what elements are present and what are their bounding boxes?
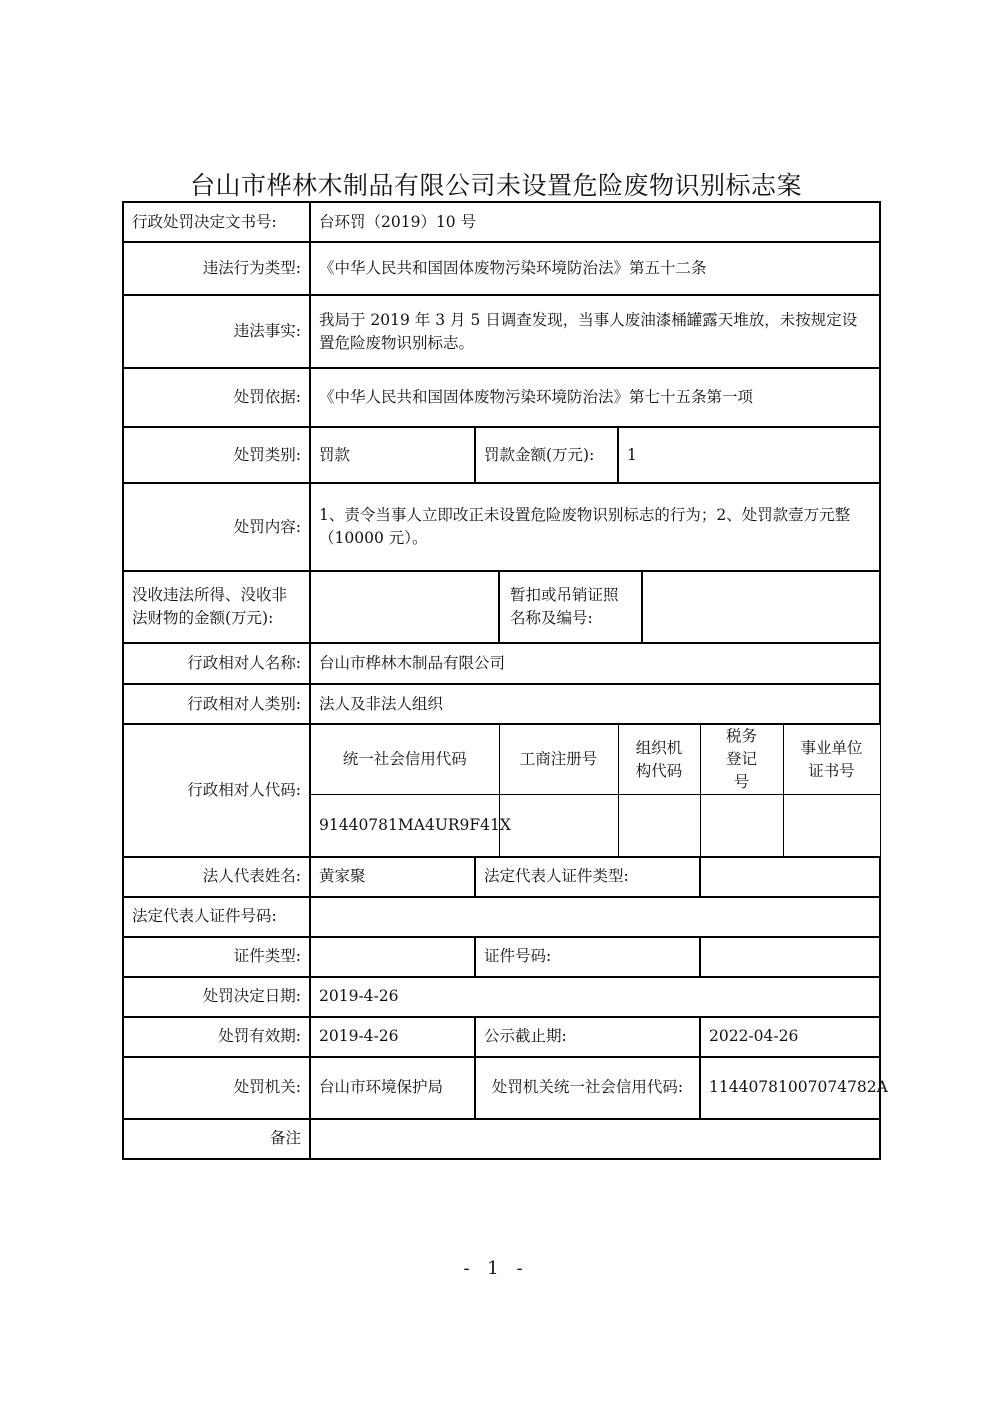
violation-facts-value: 我局于 2019 年 3 月 5 日调查发现，当事人废油漆桶罐露天堆放，未按规定… <box>310 295 880 368</box>
authority-value: 台山市环境保护局 <box>310 1057 475 1119</box>
code-header-tax-reg: 税务登记号 <box>700 724 783 795</box>
license-value <box>642 571 880 643</box>
penalty-table: 行政处罚决定文书号: 台环罚（2019）10 号 违法行为类型: 《中华人民共和… <box>122 201 881 1160</box>
code-header-uscc: 统一社会信用代码 <box>310 724 499 795</box>
row-penalty-content: 处罚内容: 1、责令当事人立即改正未设置危险废物识别标志的行为；2、处罚款壹万元… <box>123 483 880 571</box>
authority-code-value: 11440781007074782A <box>700 1057 880 1119</box>
party-type-label: 行政相对人类别: <box>123 684 310 724</box>
validity-value: 2019-4-26 <box>310 1017 475 1057</box>
license-label: 暂扣或吊销证照名称及编号: <box>499 571 642 643</box>
legal-rep-label: 法人代表姓名: <box>123 857 310 897</box>
penalty-basis-label: 处罚依据: <box>123 368 310 427</box>
row-decision-no: 行政处罚决定文书号: 台环罚（2019）10 号 <box>123 202 880 242</box>
legal-rep-id-type-label: 法定代表人证件类型: <box>475 857 700 897</box>
decision-date-label: 处罚决定日期: <box>123 977 310 1017</box>
cert-no-value <box>700 937 880 977</box>
cert-type-value <box>310 937 475 977</box>
row-penalty-category: 处罚类别: 罚款 罚款金额(万元): 1 <box>123 427 880 483</box>
code-value-tax-reg <box>700 795 783 857</box>
cert-type-label: 证件类型: <box>123 937 310 977</box>
decision-no-label: 行政处罚决定文书号: <box>123 202 310 242</box>
legal-rep-id-type-value <box>700 857 880 897</box>
row-authority: 处罚机关: 台山市环境保护局 处罚机关统一社会信用代码: 11440781007… <box>123 1057 880 1119</box>
code-value-uscc: 91440781MA4UR9F41X <box>310 795 499 857</box>
code-header-org-code: 组织机构代码 <box>618 724 700 795</box>
deadline-value: 2022-04-26 <box>700 1017 880 1057</box>
remarks-label: 备注 <box>123 1119 310 1159</box>
violation-type-label: 违法行为类型: <box>123 242 310 295</box>
code-value-org-code <box>618 795 700 857</box>
authority-label: 处罚机关: <box>123 1057 310 1119</box>
penalty-category-value: 罚款 <box>310 427 475 483</box>
row-legal-rep: 法人代表姓名: 黄家聚 法定代表人证件类型: <box>123 857 880 897</box>
validity-label: 处罚有效期: <box>123 1017 310 1057</box>
legal-rep-id-value <box>310 897 880 937</box>
deadline-label: 公示截止期: <box>475 1017 700 1057</box>
row-party-name: 行政相对人名称: 台山市桦林木制品有限公司 <box>123 643 880 684</box>
row-penalty-basis: 处罚依据: 《中华人民共和国固体废物污染环境防治法》第七十五条第一项 <box>123 368 880 427</box>
row-validity: 处罚有效期: 2019-4-26 公示截止期: 2022-04-26 <box>123 1017 880 1057</box>
party-name-label: 行政相对人名称: <box>123 643 310 684</box>
violation-facts-label: 违法事实: <box>123 295 310 368</box>
remarks-value <box>310 1119 880 1159</box>
page-number: - 1 - <box>0 1258 992 1279</box>
party-name-value: 台山市桦林木制品有限公司 <box>310 643 880 684</box>
row-decision-date: 处罚决定日期: 2019-4-26 <box>123 977 880 1017</box>
row-party-type: 行政相对人类别: 法人及非法人组织 <box>123 684 880 724</box>
confiscation-value <box>310 571 499 643</box>
code-header-institution-cert: 事业单位证书号 <box>783 724 880 795</box>
row-legal-rep-id: 法定代表人证件号码: <box>123 897 880 937</box>
penalty-content-value: 1、责令当事人立即改正未设置危险废物识别标志的行为；2、处罚款壹万元整（1000… <box>310 483 880 571</box>
row-violation-facts: 违法事实: 我局于 2019 年 3 月 5 日调查发现，当事人废油漆桶罐露天堆… <box>123 295 880 368</box>
document-title: 台山市桦林木制品有限公司未设置危险废物识别标志案 <box>0 166 992 202</box>
legal-rep-id-label: 法定代表人证件号码: <box>123 897 310 937</box>
authority-code-label: 处罚机关统一社会信用代码: <box>475 1057 700 1119</box>
row-violation-type: 违法行为类型: 《中华人民共和国固体废物污染环境防治法》第五十二条 <box>123 242 880 295</box>
row-remarks: 备注 <box>123 1119 880 1159</box>
party-code-label: 行政相对人代码: <box>123 724 310 857</box>
code-value-institution-cert <box>783 795 880 857</box>
confiscation-label: 没收违法所得、没收非法财物的金额(万元): <box>123 571 310 643</box>
fine-amount-label: 罚款金额(万元): <box>475 427 618 483</box>
penalty-basis-value: 《中华人民共和国固体废物污染环境防治法》第七十五条第一项 <box>310 368 880 427</box>
row-confiscation: 没收违法所得、没收非法财物的金额(万元): 暂扣或吊销证照名称及编号: <box>123 571 880 643</box>
legal-rep-value: 黄家聚 <box>310 857 475 897</box>
penalty-content-label: 处罚内容: <box>123 483 310 571</box>
code-header-business-reg: 工商注册号 <box>499 724 618 795</box>
code-value-business-reg <box>499 795 618 857</box>
penalty-category-label: 处罚类别: <box>123 427 310 483</box>
violation-type-value: 《中华人民共和国固体废物污染环境防治法》第五十二条 <box>310 242 880 295</box>
row-cert: 证件类型: 证件号码: <box>123 937 880 977</box>
decision-date-value: 2019-4-26 <box>310 977 880 1017</box>
row-party-code-headers: 行政相对人代码: 统一社会信用代码 工商注册号 组织机构代码 税务登记号 事业单… <box>123 724 880 795</box>
party-type-value: 法人及非法人组织 <box>310 684 880 724</box>
decision-no-value: 台环罚（2019）10 号 <box>310 202 880 242</box>
fine-amount-value: 1 <box>618 427 880 483</box>
cert-no-label: 证件号码: <box>475 937 700 977</box>
